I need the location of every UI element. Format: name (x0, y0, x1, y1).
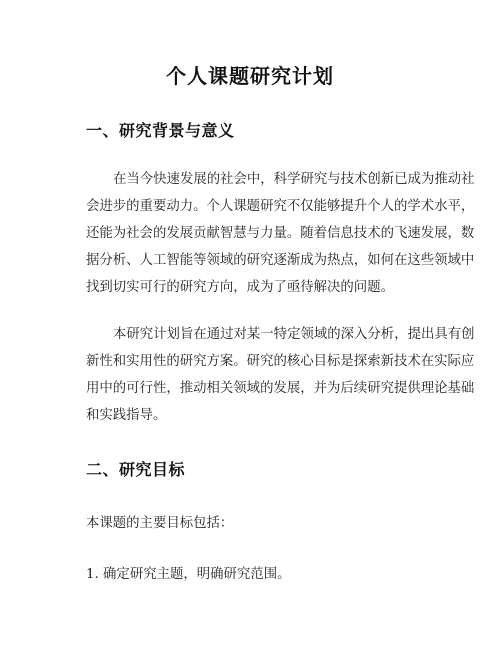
goals-list: 1. 确定研究主题，明确研究范围。 (86, 561, 416, 588)
document-title: 个人课题研究计划 (0, 60, 500, 89)
paragraph-line: 和实践指导。 (86, 402, 416, 429)
paragraph-line: 据分析、人工智能等领域的研究逐渐成为热点，如何在这些领域中 (86, 247, 416, 274)
paragraph-line: 新性和实用性的研究方案。研究的核心目标是探索新技术在实际应 (86, 348, 416, 375)
paragraph-line: 本课题的主要目标包括： (86, 510, 416, 537)
paragraph-line: 在当今快速发展的社会中，科学研究与技术创新已成为推动社 (86, 166, 416, 193)
goals-intro: 本课题的主要目标包括： (86, 510, 416, 537)
section-heading-goals: 二、研究目标 (86, 457, 185, 480)
paragraph-line: 本研究计划旨在通过对某一特定领域的深入分析，提出具有创 (86, 321, 416, 348)
paragraph-line: 用中的可行性，推动相关领域的发展，并为后续研究提供理论基础 (86, 375, 416, 402)
paragraph-line: 还能为社会的发展贡献智慧与力量。随着信息技术的飞速发展，数 (86, 220, 416, 247)
paragraph-line: 会进步的重要动力。个人课题研究不仅能够提升个人的学术水平， (86, 193, 416, 220)
paragraph-background-1: 在当今快速发展的社会中，科学研究与技术创新已成为推动社 会进步的重要动力。个人课… (86, 166, 416, 301)
document-page: 个人课题研究计划 一、研究背景与意义 在当今快速发展的社会中，科学研究与技术创新… (0, 0, 500, 647)
section-heading-background: 一、研究背景与意义 (86, 118, 235, 141)
paragraph-background-2: 本研究计划旨在通过对某一特定领域的深入分析，提出具有创 新性和实用性的研究方案。… (86, 321, 416, 429)
list-item: 1. 确定研究主题，明确研究范围。 (86, 561, 416, 588)
paragraph-line: 找到切实可行的研究方向，成为了亟待解决的问题。 (86, 274, 416, 301)
